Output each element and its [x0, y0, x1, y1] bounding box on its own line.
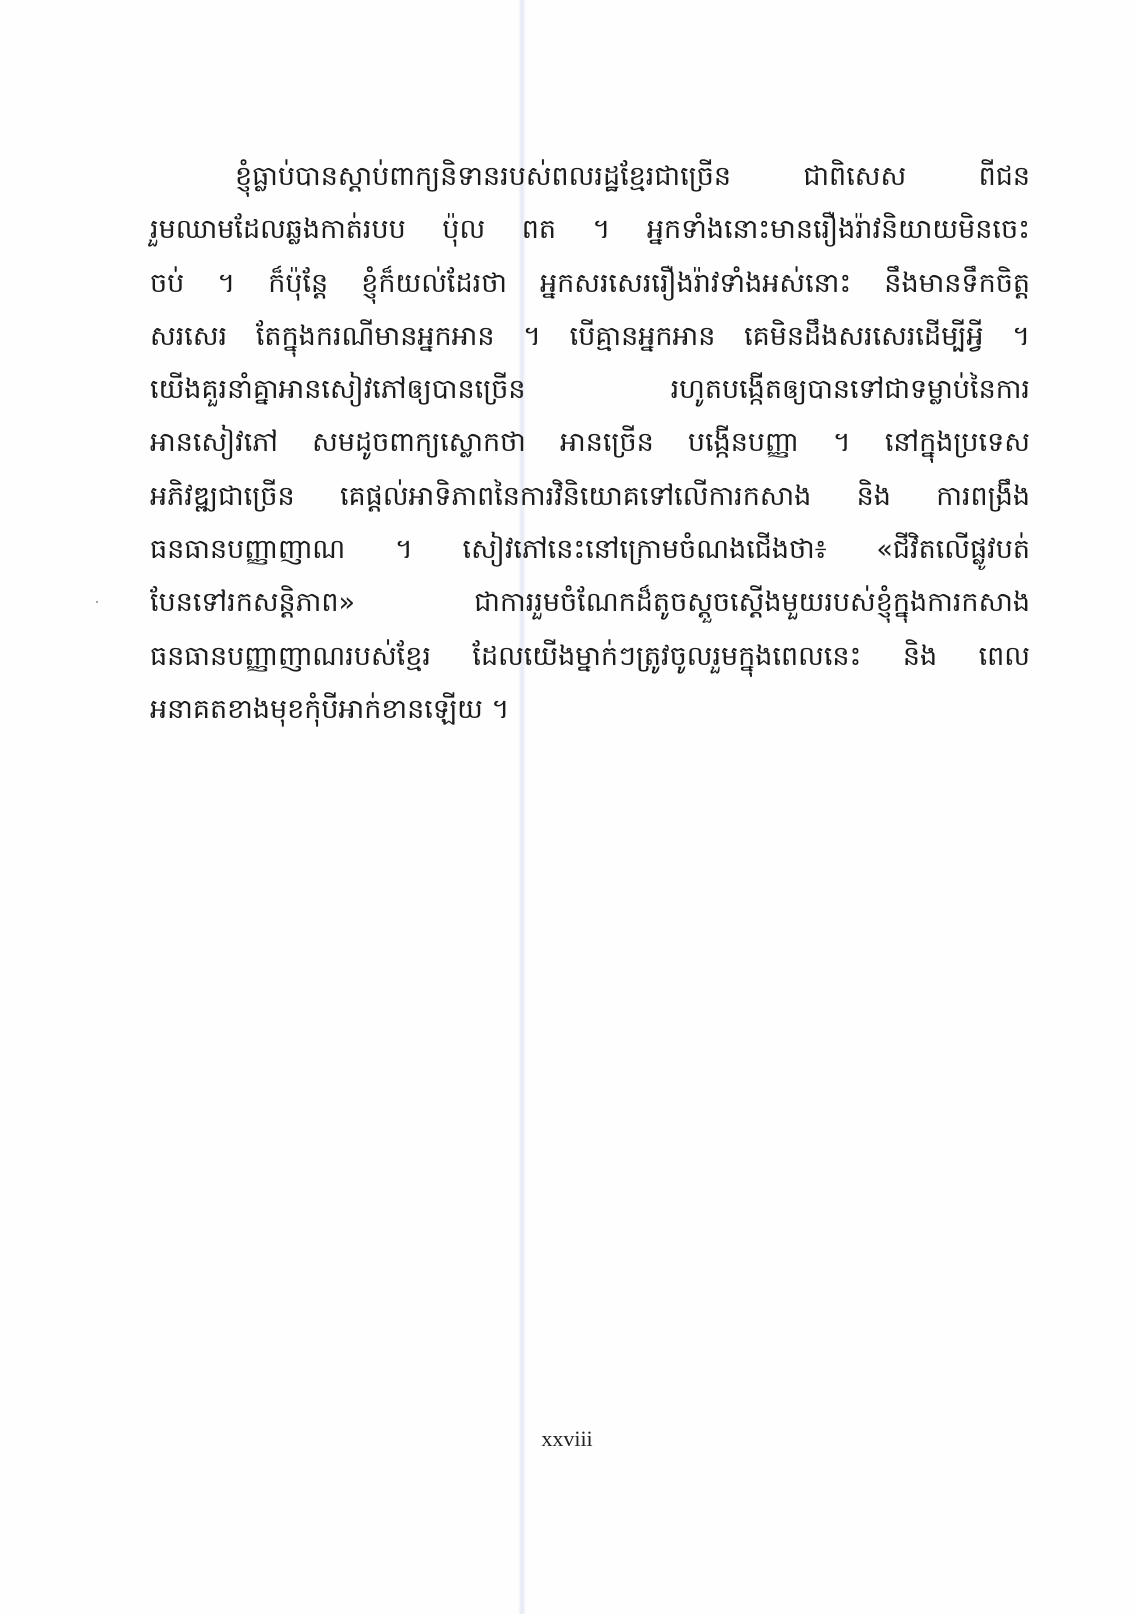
body-paragraph: ខ្ញុំធ្លាប់បានស្តាប់ពាក្យនិទានរបស់ពលរដ្ឋ…: [150, 150, 1030, 736]
paragraph-line: យើងគួរនាំគ្នាអានសៀវភៅឲ្យបានច្រើន រហូតបង្…: [150, 363, 1030, 416]
paragraph-line: អភិវឌ្ឍជាច្រើន គេផ្តល់អាទិភាពនៃការវិនិយោ…: [150, 470, 1030, 523]
paragraph-line: ធនធានបញ្ញាញាណ ។ សៀវភៅនេះនៅក្រោមចំណងជើងថា…: [150, 523, 1030, 576]
paragraph-line: រួមឈាមដែលឆ្លងកាត់របប ប៉ុល ពត ។ អ្នកទាំងន…: [150, 203, 1030, 256]
paragraph-line: ចប់ ។ ក៏ប៉ុន្តែ ខ្ញុំក៏យល់ដែរថា អ្នកសរសេ…: [150, 257, 1030, 310]
paragraph-line: បែនទៅរកសន្តិភាព» ជាការរួមចំណែកដ៏តូចស្តួច…: [150, 576, 1030, 629]
paragraph-line: ខ្ញុំធ្លាប់បានស្តាប់ពាក្យនិទានរបស់ពលរដ្ឋ…: [150, 150, 1030, 203]
page-number: xxviii: [0, 1426, 1134, 1452]
paragraph-line: អានសៀវភៅ សមដូចពាក្យស្លោកថា អានច្រើន បង្ក…: [150, 416, 1030, 469]
paragraph-line: សរសេរ តែក្នុងករណីមានអ្នកអាន ។ បើគ្មានអ្ន…: [150, 310, 1030, 363]
document-page: ខ្ញុំធ្លាប់បានស្តាប់ពាក្យនិទានរបស់ពលរដ្ឋ…: [0, 0, 1134, 1614]
paragraph-line: ធនធានបញ្ញាញាណរបស់ខ្មែរ ដែលយើងម្នាក់ៗត្រូ…: [150, 630, 1030, 683]
paragraph-line: អនាគតខាងមុខកុំបីអាក់ខានឡើយ ។: [150, 683, 1030, 736]
scan-speck: [96, 601, 98, 603]
